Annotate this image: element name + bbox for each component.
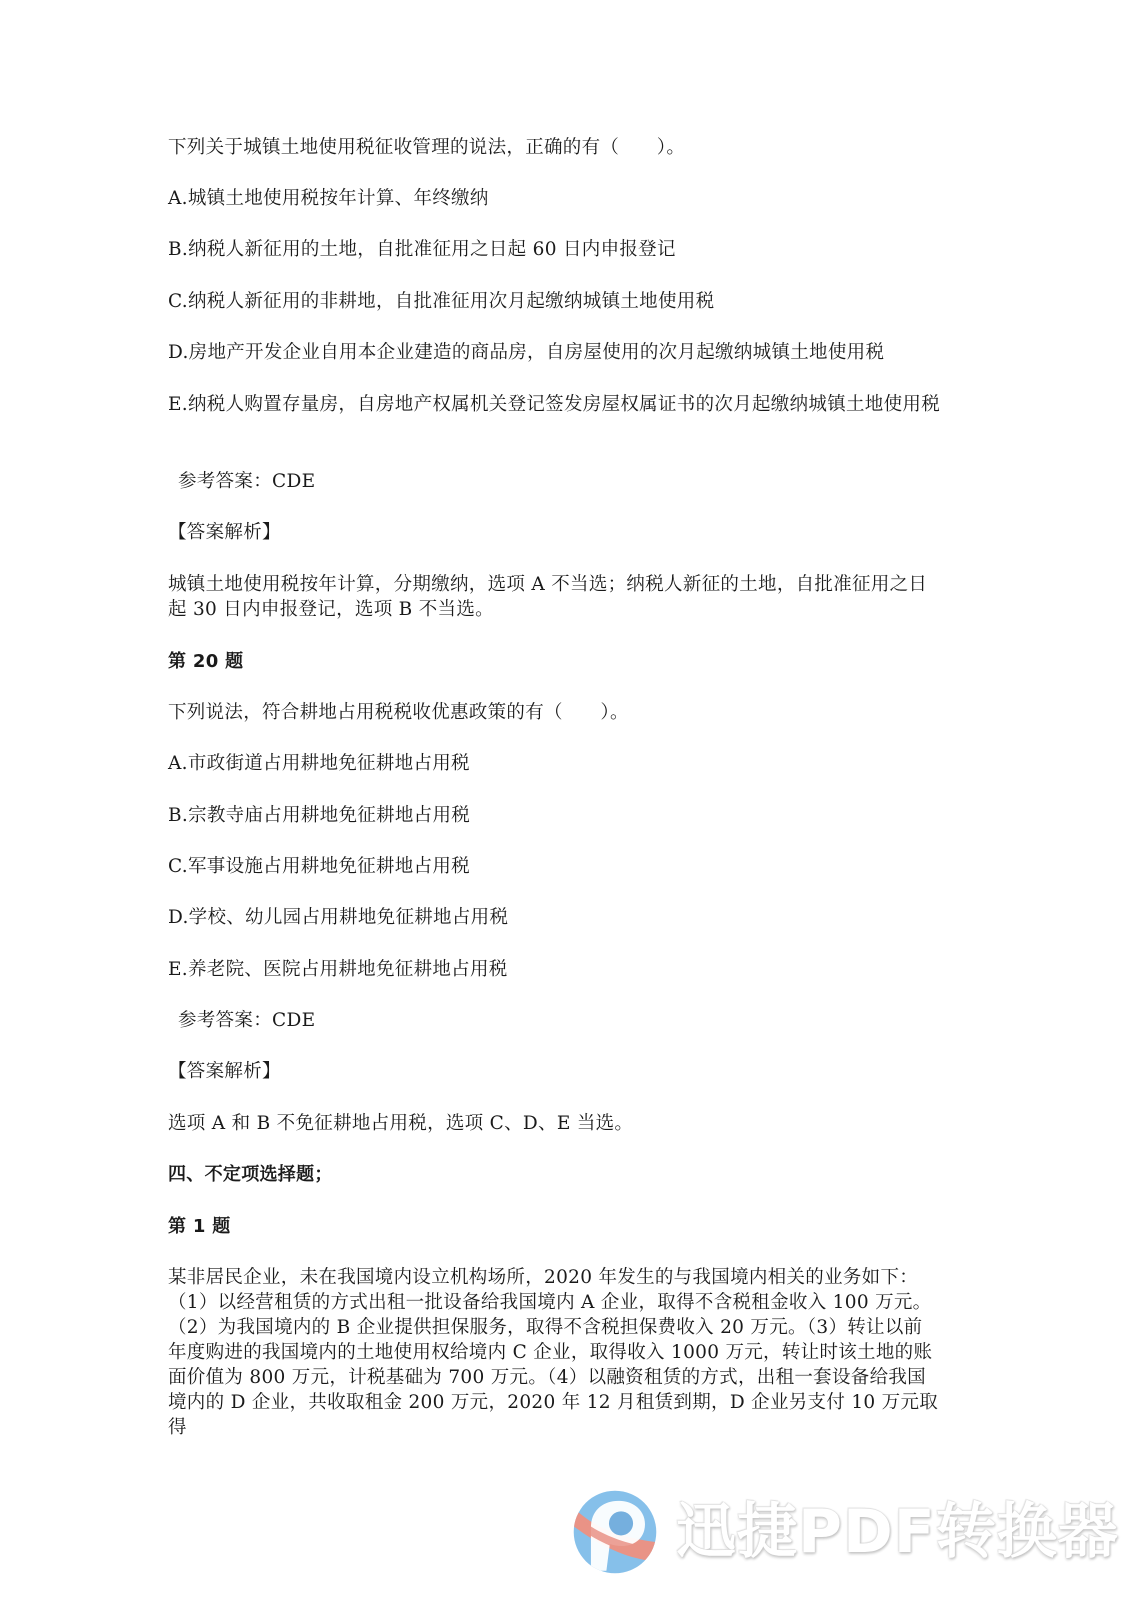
question-20-analysis-heading: 【答案解析】 [168,1059,940,1084]
question-20-analysis: 选项 A 和 B 不免征耕地占用税，选项 C、D、E 当选。 [168,1111,940,1136]
question-20-option-a: A.市政街道占用耕地免征耕地占用税 [168,751,940,776]
question-20-answer: 参考答案：CDE [178,1008,950,1033]
question-19-analysis-heading: 【答案解析】 [168,520,940,545]
question-19-option-a: A.城镇土地使用税按年计算、年终缴纳 [168,186,940,211]
question-20-option-d: D.学校、幼儿园占用耕地免征耕地占用税 [168,905,940,930]
question-19-answer: 参考答案：CDE [178,469,950,494]
converter-logo-icon [572,1489,658,1575]
question-19-option-d: D.房地产开发企业自用本企业建造的商品房，自房屋使用的次月起缴纳城镇土地使用税 [168,340,940,365]
watermark-text: 迅捷PDF转换器 [676,1489,1119,1575]
question-20-heading: 第 20 题 [168,649,940,674]
question-20-option-c: C.军事设施占用耕地免征耕地占用税 [168,854,940,879]
question-19-option-c: C.纳税人新征用的非耕地，自批准征用次月起缴纳城镇土地使用税 [168,289,940,314]
converter-watermark: 迅捷PDF转换器 [572,1484,1092,1580]
section-4-heading: 四、不定项选择题； [168,1162,940,1187]
question-1-body: 某非居民企业，未在我国境内设立机构场所，2020 年发生的与我国境内相关的业务如… [168,1265,940,1440]
question-19-option-e: E.纳税人购置存量房，自房地产权属机关登记签发房屋权属证书的次月起缴纳城镇土地使… [168,392,940,417]
question-1-heading: 第 1 题 [168,1214,940,1239]
question-19-option-b: B.纳税人新征用的土地，自批准征用之日起 60 日内申报登记 [168,237,940,262]
question-20-option-e: E.养老院、医院占用耕地免征耕地占用税 [168,957,940,982]
question-19-analysis: 城镇土地使用税按年计算，分期缴纳，选项 A 不当选；纳税人新征的土地，自批准征用… [168,572,940,622]
question-20-option-b: B.宗教寺庙占用耕地免征耕地占用税 [168,803,940,828]
question-20-stem: 下列说法，符合耕地占用税税收优惠政策的有（ ）。 [168,700,940,725]
document-page: 下列关于城镇土地使用税征收管理的说法，正确的有（ ）。 A.城镇土地使用税按年计… [0,0,1131,1600]
question-19-stem: 下列关于城镇土地使用税征收管理的说法，正确的有（ ）。 [168,135,940,160]
